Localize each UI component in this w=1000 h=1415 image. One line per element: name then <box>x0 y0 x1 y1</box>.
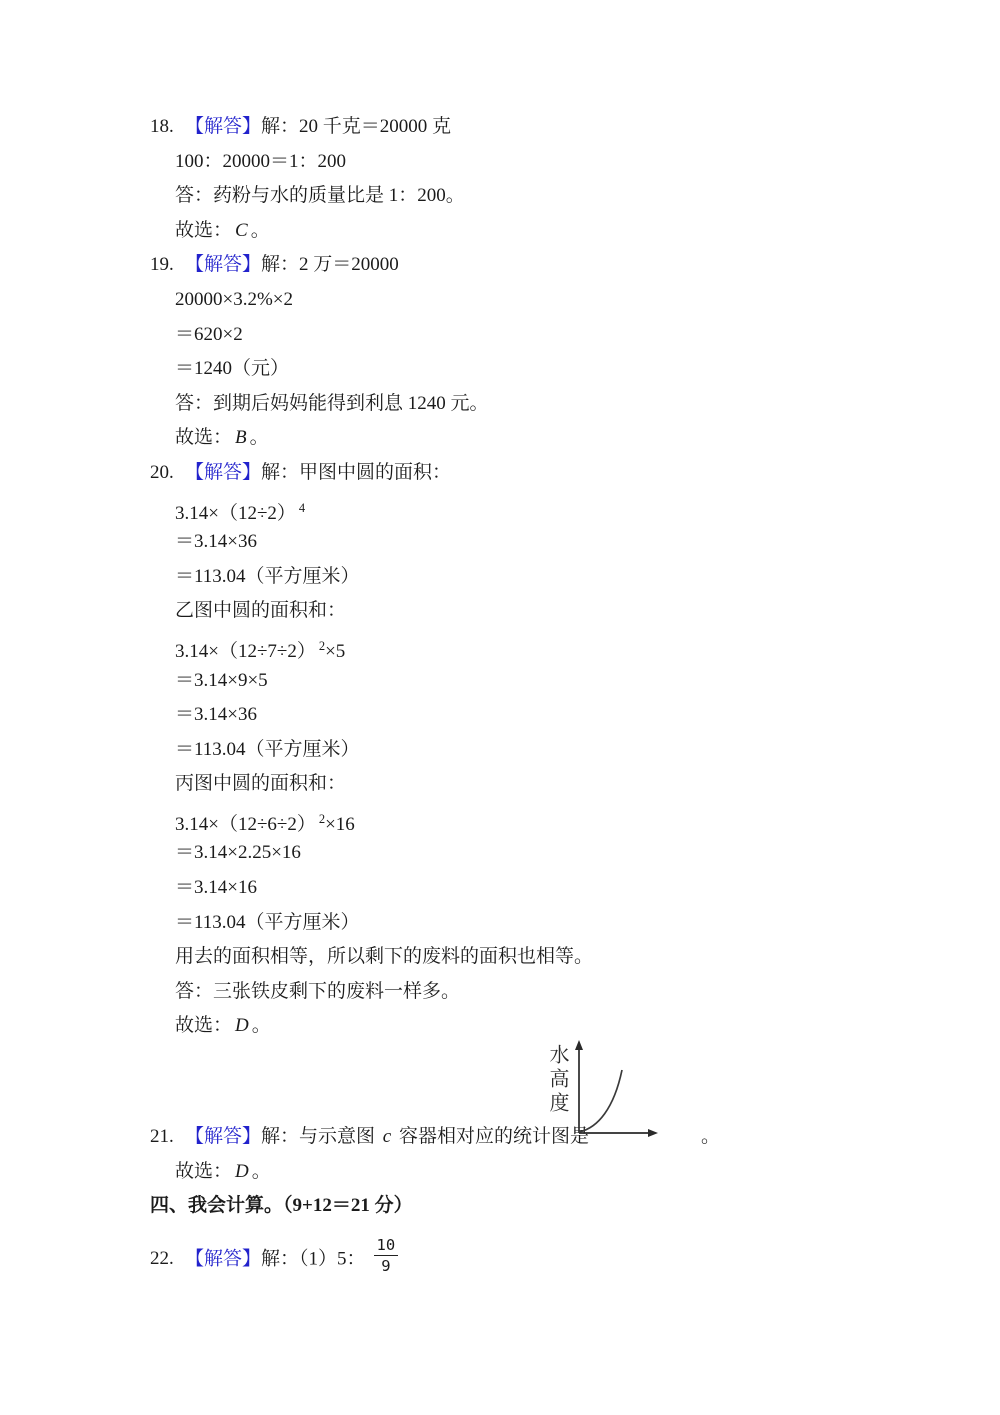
text-segment: 3.14×（12÷7÷2） <box>175 641 316 662</box>
text-line: ＝113.04（平方厘米） <box>150 906 960 941</box>
item-number: 21. <box>150 1120 185 1155</box>
text-segment: ×5 <box>325 641 345 662</box>
text-segment: ＝113.04（平方厘米） <box>175 739 360 760</box>
text-segment: 解：（1）5： <box>261 1248 366 1269</box>
text-segment: 解：与示意图 <box>261 1126 380 1147</box>
growth-curve <box>579 1070 622 1132</box>
item-number: 22. <box>150 1242 185 1277</box>
text-line: 丙图中圆的面积和： <box>150 767 960 802</box>
text-segment: 。 <box>252 1161 271 1182</box>
text-line: 乙图中圆的面积和： <box>150 594 960 629</box>
text-line: ＝3.14×36 <box>150 698 960 733</box>
text-line: ＝3.14×16 <box>150 871 960 906</box>
item-number: 18. <box>150 110 185 145</box>
choice-letter: B <box>232 427 250 448</box>
choice-letter: c <box>380 1126 394 1147</box>
text-line: 用去的面积相等，所以剩下的废料的面积也相等。 <box>150 940 960 975</box>
text-segment: 四、我会计算。（9+12＝21 分） <box>150 1195 413 1216</box>
text-line: 故选：D。 <box>150 1009 960 1044</box>
fraction: 109 <box>374 1236 399 1276</box>
text-segment: 3.14×（12÷6÷2） <box>175 814 316 835</box>
text-line: ＝3.14×36 <box>150 525 960 560</box>
text-segment: 丙图中圆的面积和： <box>175 773 346 794</box>
y-axis-arrow-icon <box>575 1040 583 1050</box>
answer-tag: 【解答】 <box>185 1248 261 1269</box>
answer-tag: 【解答】 <box>185 254 261 275</box>
text-segment: 故选： <box>175 427 232 448</box>
text-line: 故选：D。 <box>150 1155 960 1190</box>
text-segment: 解：2 万＝20000 <box>261 254 399 275</box>
water-height-graph: 水高度 <box>544 1040 666 1140</box>
text-segment: ＝620×2 <box>175 324 243 345</box>
text-segment: ＝3.14×2.25×16 <box>175 842 301 863</box>
text-line: 19.【解答】解：2 万＝20000 <box>150 248 960 283</box>
document-page: 18.【解答】解：20 千克＝20000 克100：20000＝1：200答：药… <box>0 0 1000 1415</box>
text-segment: ＝113.04（平方厘米） <box>175 912 360 933</box>
text-segment: 故选： <box>175 1161 232 1182</box>
text-line: ＝113.04（平方厘米） <box>150 560 960 595</box>
text-segment: 100：20000＝1：200 <box>175 151 346 172</box>
text-line: 3.14×（12÷7÷2）2×5 <box>150 629 960 664</box>
text-segment: 乙图中圆的面积和： <box>175 600 346 621</box>
text-segment: 答：到期后妈妈能得到利息 1240 元。 <box>175 393 489 414</box>
text-line: 3.14×（12÷2）4 <box>150 491 960 526</box>
text-line: 故选：B。 <box>150 421 960 456</box>
choice-letter: D <box>232 1161 252 1182</box>
x-axis-arrow-icon <box>648 1129 658 1137</box>
text-segment: 20000×3.2%×2 <box>175 289 293 310</box>
text-segment: 3.14×（12÷2） <box>175 503 296 524</box>
answer-tag: 【解答】 <box>185 116 261 137</box>
graph-ylabel: 水高度 <box>544 1044 570 1138</box>
fraction-numerator: 10 <box>374 1236 399 1257</box>
answer-tag: 【解答】 <box>185 462 261 483</box>
text-segment: ＝3.14×36 <box>175 704 257 725</box>
text-segment: ×16 <box>325 814 355 835</box>
text-segment: 答：三张铁皮剩下的废料一样多。 <box>175 981 460 1002</box>
text-line: 故选：C。 <box>150 214 960 249</box>
choice-letter: C <box>232 220 251 241</box>
text-line: 18.【解答】解：20 千克＝20000 克 <box>150 110 960 145</box>
superscript: 2 <box>316 812 325 826</box>
text-line: ＝113.04（平方厘米） <box>150 733 960 768</box>
text-segment: 。 <box>701 1126 720 1147</box>
text-line: 20.【解答】解：甲图中圆的面积： <box>150 456 960 491</box>
text-segment: 用去的面积相等，所以剩下的废料的面积也相等。 <box>175 946 593 967</box>
superscript: 4 <box>296 501 305 515</box>
text-line: 22.【解答】解：（1）5：109 <box>150 1240 960 1280</box>
text-segment: 故选： <box>175 1015 232 1036</box>
text-line: 20000×3.2%×2 <box>150 283 960 318</box>
text-line: ＝3.14×2.25×16 <box>150 836 960 871</box>
text-line: 答：药粉与水的质量比是 1：200。 <box>150 179 960 214</box>
section-heading: 四、我会计算。（9+12＝21 分） <box>150 1189 960 1224</box>
superscript: 2 <box>316 639 325 653</box>
text-line: 答：到期后妈妈能得到利息 1240 元。 <box>150 387 960 422</box>
item-number: 19. <box>150 248 185 283</box>
text-segment: ＝113.04（平方厘米） <box>175 566 360 587</box>
text-line: ＝1240（元） <box>150 352 960 387</box>
text-segment: 故选： <box>175 220 232 241</box>
text-segment: 。 <box>251 220 270 241</box>
text-segment: 答：药粉与水的质量比是 1：200。 <box>175 185 465 206</box>
text-segment: ＝3.14×9×5 <box>175 670 268 691</box>
text-segment: 解：甲图中圆的面积： <box>261 462 451 483</box>
fraction-denominator: 9 <box>374 1256 399 1276</box>
choice-letter: D <box>232 1015 252 1036</box>
text-line: 3.14×（12÷6÷2）2×16 <box>150 802 960 837</box>
text-segment: 。 <box>252 1015 271 1036</box>
text-line: 答：三张铁皮剩下的废料一样多。 <box>150 975 960 1010</box>
item-number: 20. <box>150 456 185 491</box>
text-segment: ＝3.14×16 <box>175 877 257 898</box>
text-segment: ＝1240（元） <box>175 358 289 379</box>
answer-tag: 【解答】 <box>185 1126 261 1147</box>
text-segment: 解：20 千克＝20000 克 <box>261 116 451 137</box>
text-segment: 。 <box>250 427 269 448</box>
text-segment: ＝3.14×36 <box>175 531 257 552</box>
graph-axes-curve <box>570 1040 662 1140</box>
text-line: ＝620×2 <box>150 318 960 353</box>
text-line: ＝3.14×9×5 <box>150 664 960 699</box>
text-line: 100：20000＝1：200 <box>150 145 960 180</box>
